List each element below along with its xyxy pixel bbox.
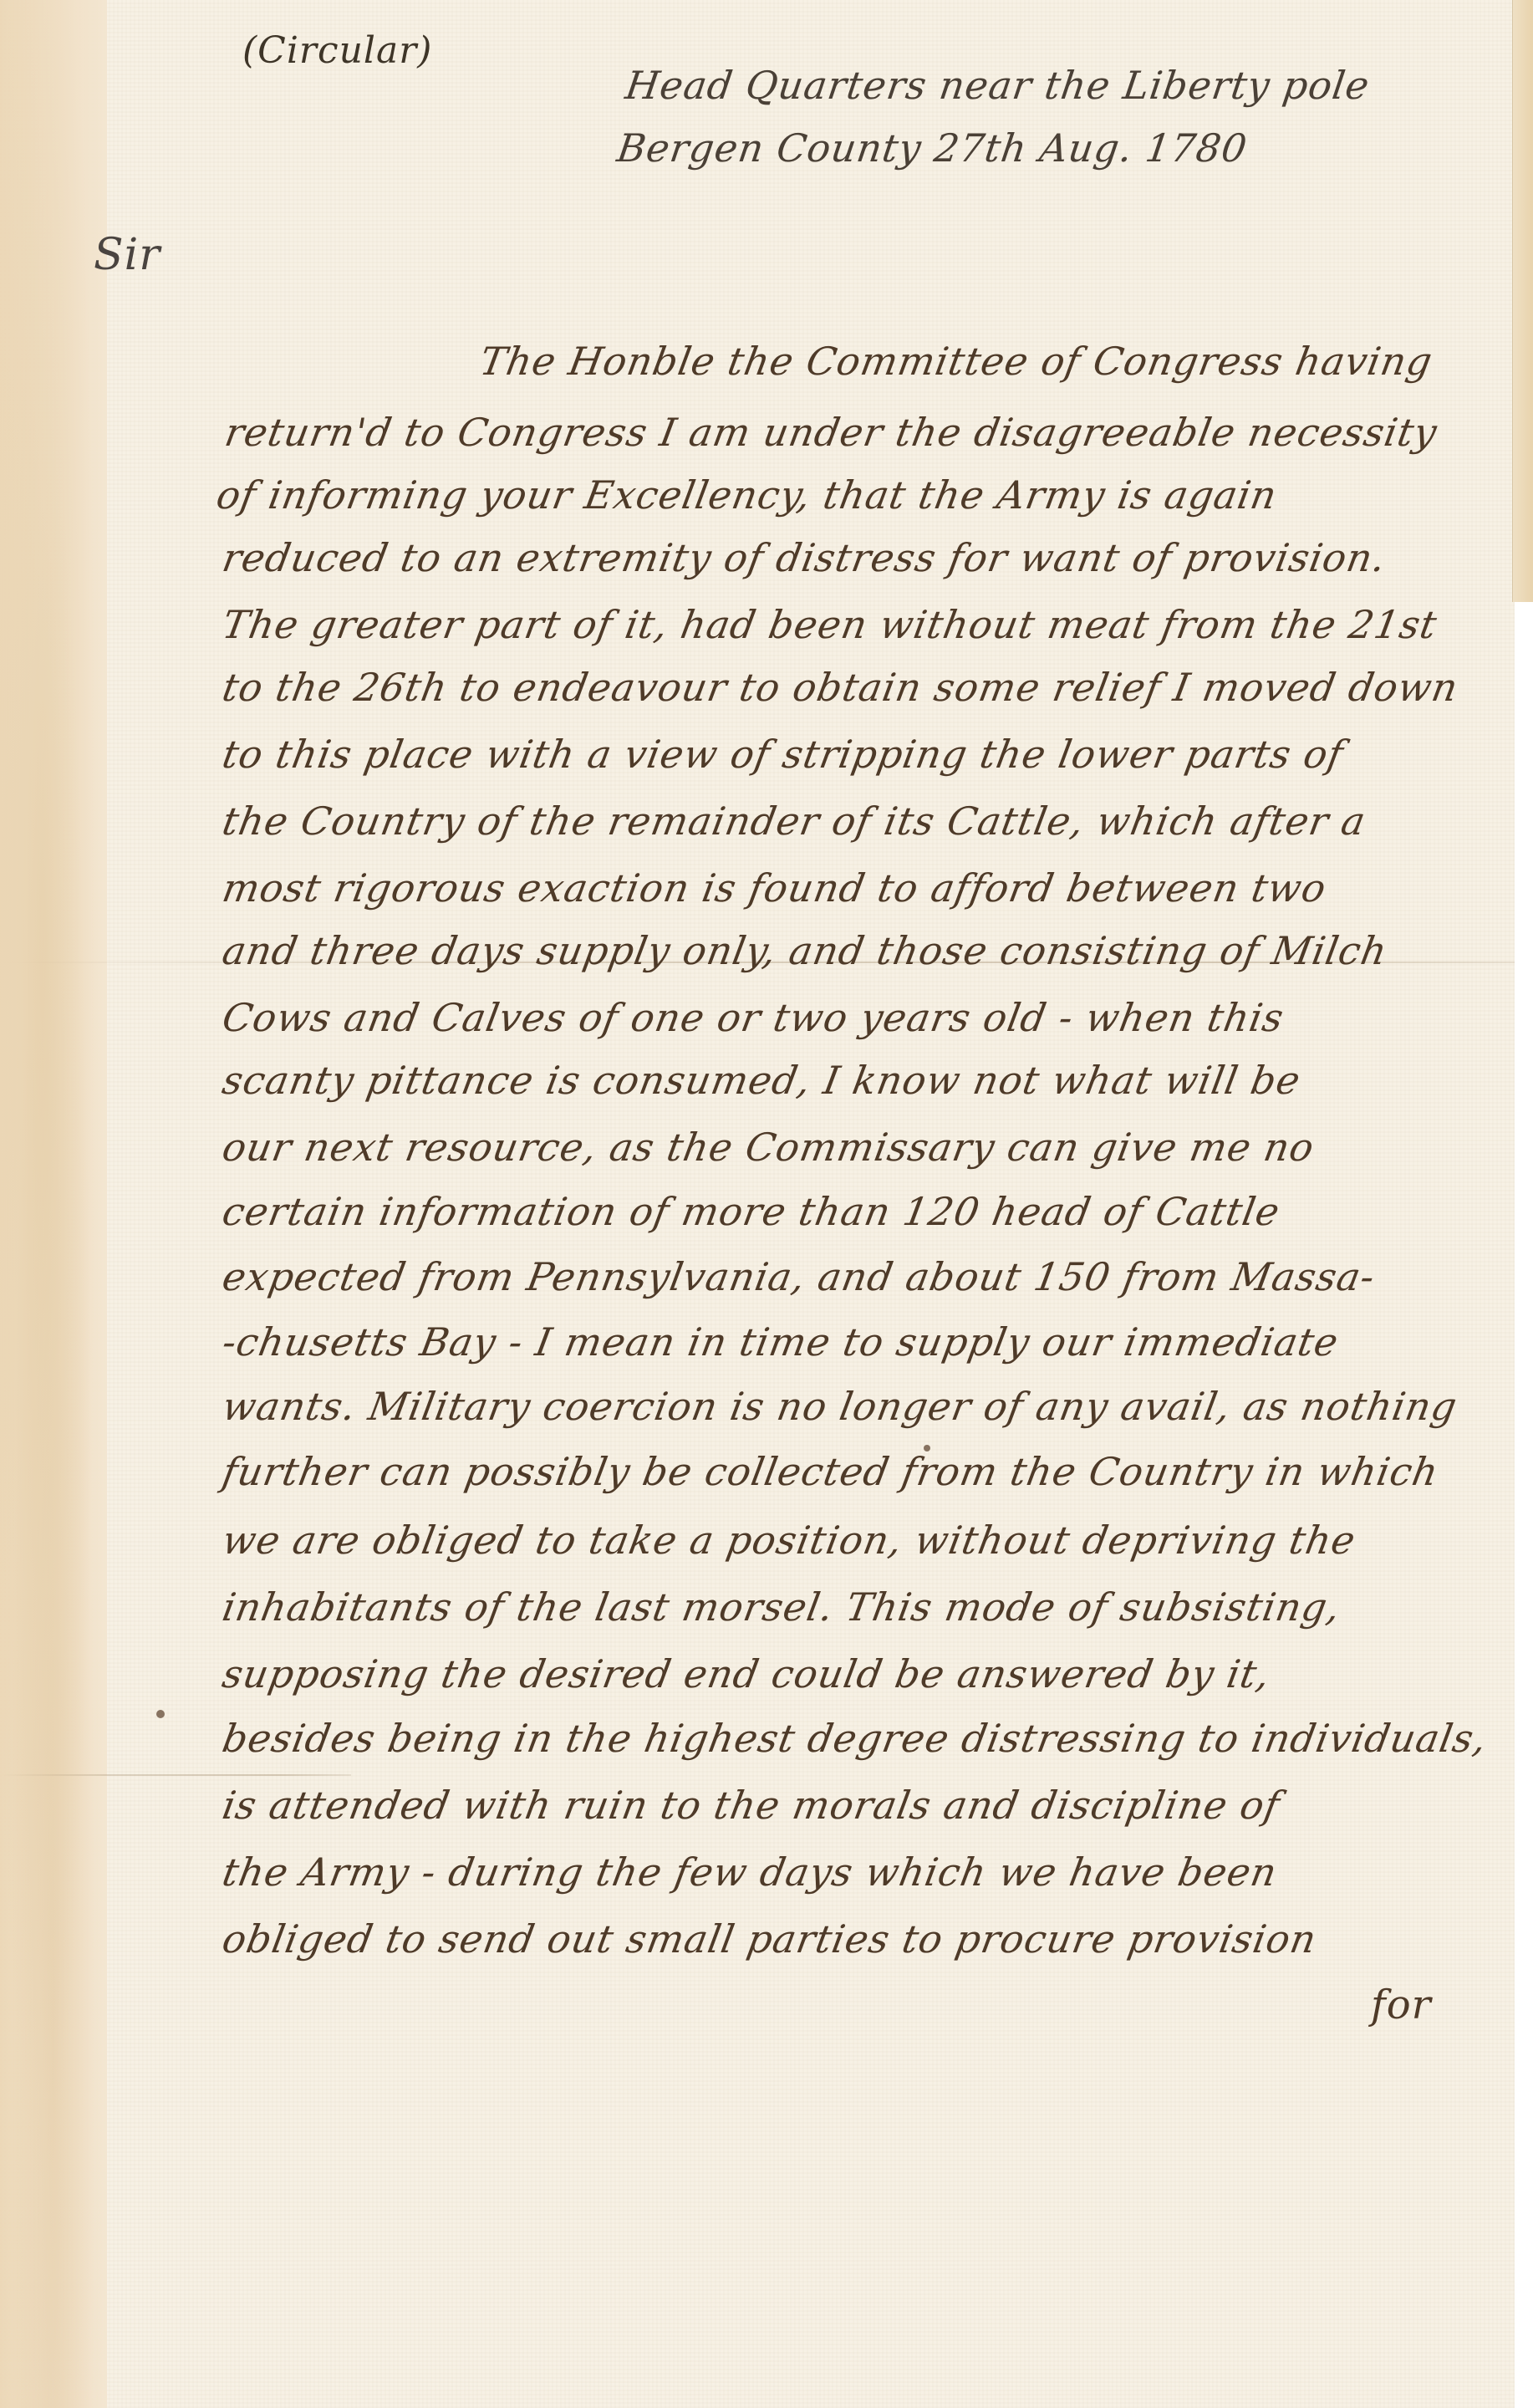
salutation: Sir [94, 230, 160, 280]
page-edge-background [1515, 602, 1533, 2408]
letter-page: (Circular) Head Quarters near the Libert… [0, 0, 1533, 2408]
body-line: scanty pittance is consumed, I know not … [219, 1058, 1304, 1103]
body-line: wants. Military coercion is no longer of… [219, 1384, 1461, 1429]
body-line: reduced to an extremity of distress for … [219, 535, 1390, 580]
body-line: to the 26th to endeavour to obtain some … [219, 665, 1462, 710]
body-line: supposing the desired end could be answe… [219, 1651, 1274, 1696]
body-line: return'd to Congress I am under the disa… [222, 410, 1441, 455]
body-line: The Honble the Committee of Congress hav… [476, 339, 1436, 384]
body-line: Cows and Calves of one or two years old … [219, 995, 1287, 1040]
body-line: the Army - during the few days which we … [219, 1849, 1281, 1895]
body-line: and three days supply only, and those co… [219, 928, 1391, 973]
fold-crease [0, 1774, 351, 1776]
aged-right-edge [1512, 0, 1533, 602]
aged-left-margin [0, 0, 107, 2408]
body-line: obliged to send out small parties to pro… [219, 1916, 1320, 1962]
body-line: besides being in the highest degree dist… [219, 1716, 1490, 1761]
body-line: certain information of more than 120 hea… [219, 1189, 1284, 1234]
body-line: further can possibly be collected from t… [219, 1449, 1443, 1494]
body-line: is attended with ruin to the morals and … [219, 1783, 1284, 1828]
body-line: The greater part of it, had been without… [219, 602, 1441, 647]
body-line: -chusetts Bay - I mean in time to supply… [219, 1319, 1342, 1365]
body-line: the Country of the remainder of its Catt… [219, 798, 1369, 844]
body-line: most rigorous exaction is found to affor… [219, 865, 1330, 911]
body-line: our next resource, as the Commissary can… [219, 1125, 1318, 1170]
ink-blot [156, 1710, 165, 1718]
body-line: expected from Pennsylvania, and about 15… [219, 1254, 1378, 1299]
body-line: inhabitants of the last morsel. This mod… [219, 1584, 1344, 1630]
circular-label: (Circular) [242, 29, 432, 72]
body-line: to this place with a view of stripping t… [219, 732, 1347, 777]
header-date: Bergen County 27th Aug. 1780 [614, 125, 1250, 171]
body-line: we are obliged to take a position, witho… [219, 1518, 1359, 1563]
catchword: for [1371, 1982, 1432, 2028]
header-place: Head Quarters near the Liberty pole [623, 63, 1373, 108]
body-line: of informing your Excellency, that the A… [213, 472, 1281, 518]
